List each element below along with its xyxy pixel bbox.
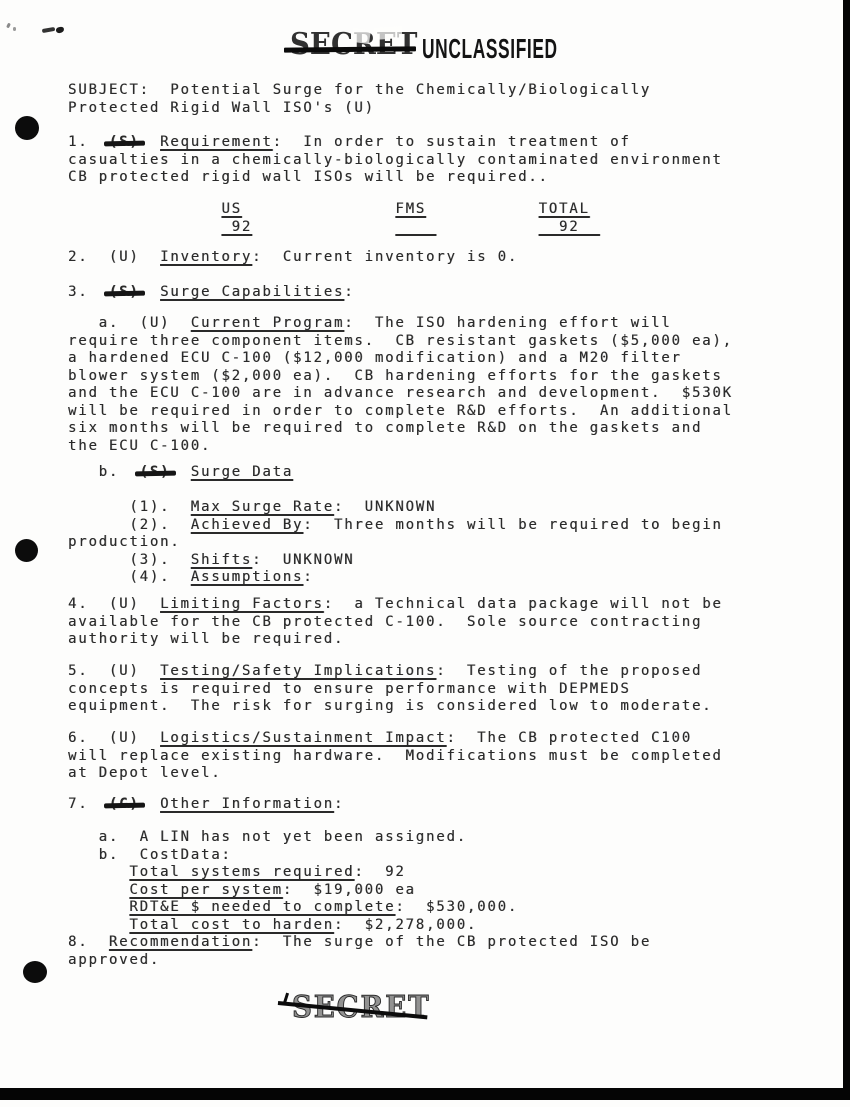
text-line: authority will be required. [68,631,723,649]
text-line: will be required in order to complete R&… [68,403,733,421]
paragraph-6-logistics-impact: 6. (U) Logistics/Sustainment Impact: The… [68,730,723,783]
text-line: US FMS TOTAL [68,201,600,219]
text-line: CB protected rigid wall ISOs will be req… [68,169,723,187]
text-run: blower system ($2,000 ea). CB hardening … [68,368,723,384]
text-run: : $19,000 ea [283,882,416,898]
ink-smudge [13,27,16,31]
text-run: at Depot level. [68,765,221,781]
paragraph-4-limiting-factors: 4. (U) Limiting Factors: a Technical dat… [68,596,723,649]
text-run: b. [68,464,140,480]
requirements-table: US FMS TOTAL 92 92 [68,201,600,236]
underlined-heading: Requirement [160,134,273,150]
underlined-heading: Testing/Safety Implications [160,663,436,679]
text-line: b. (S) Surge Data [68,464,293,482]
paragraph-5-testing-safety: 5. (U) Testing/Safety Implications: Test… [68,663,712,716]
paragraph-7-other-information: 7. (C) Other Information: [68,796,344,814]
text-run: : $530,000. [395,899,518,915]
underlined-heading: FMS [395,201,426,217]
text-run: SUBJECT: Potential Surge for the Chemica… [68,82,651,98]
surge-data-items: (1). Max Surge Rate: UNKNOWN (2). Achiev… [68,499,723,587]
text-run [242,201,395,217]
underlined-heading: Inventory [160,249,252,265]
underlined-heading: Other Information [160,796,334,812]
underlined-heading: Current Program [191,315,344,331]
text-line: will replace existing hardware. Modifica… [68,748,723,766]
text-run: and the ECU C-100 are in advance researc… [68,385,733,401]
text-run [436,219,538,235]
text-run: (2). [68,517,191,533]
text-run: : $2,278,000. [334,917,477,933]
text-line: 3. (S) Surge Capabilities: [68,284,354,302]
text-run: 7. [68,796,109,812]
text-run: : The surge of the CB protected ISO be [252,934,651,950]
text-line: (4). Assumptions: [68,569,723,587]
underlined-heading: Total systems required [129,864,354,880]
text-line: 7. (C) Other Information: [68,796,344,814]
text-line: (3). Shifts: UNKNOWN [68,552,723,570]
hole-punch [23,961,47,983]
scanned-memo-page: SECRET UNCLASSIFIED SUBJECT: Potential S… [0,0,850,1107]
text-run [68,899,129,915]
struck-classification-marking: (C) [109,796,140,814]
text-run: six months will be required to complete … [68,420,702,436]
text-line: 8. Recommendation: The surge of the CB p… [68,934,651,952]
underlined-heading: Limiting Factors [160,596,324,612]
text-run: : UNKNOWN [252,552,354,568]
underlined-heading: US [221,201,241,217]
photocopy-edge-bottom [0,1088,850,1100]
text-run [252,219,395,235]
ink-smudge [6,23,11,29]
unclassified-stamp: UNCLASSIFIED [422,33,558,65]
pen-dot-mark [56,26,65,33]
text-line: 6. (U) Logistics/Sustainment Impact: The… [68,730,723,748]
text-run [68,201,221,217]
stamp-erosion [374,26,403,40]
underlined-heading: TOTAL [539,201,590,217]
hole-punch [15,539,38,562]
underlined-heading: RDT&E $ needed to complete [129,899,395,915]
text-run: : 92 [354,864,405,880]
stamp-erosion [351,28,371,44]
text-run: : Testing of the proposed [436,663,702,679]
text-run: will replace existing hardware. Modifica… [68,748,723,764]
paragraph-1-requirement: 1. (S) Requirement: In order to sustain … [68,134,723,187]
text-run [426,201,539,217]
paragraph-3b-surge-data: b. (S) Surge Data [68,464,293,482]
underlined-heading: Shifts [191,552,252,568]
subject-line: SUBJECT: Potential Surge for the Chemica… [68,82,651,117]
text-run [68,219,221,235]
underlined-heading: 92 [221,219,252,235]
text-run: 5. (U) [68,663,160,679]
text-run: available for the CB protected C-100. So… [68,614,702,630]
text-line: 5. (U) Testing/Safety Implications: Test… [68,663,712,681]
text-run: : a Technical data package will not be [324,596,723,612]
text-run: casualties in a chemically-biologically … [68,152,723,168]
text-line: six months will be required to complete … [68,420,733,438]
secret-stamp-bottom-crossed-out: SECRET [292,990,443,1025]
text-line: production. [68,534,723,552]
text-run: : Current inventory is 0. [252,249,518,265]
text-run: will be required in order to complete R&… [68,403,733,419]
text-line: a. (U) Current Program: The ISO hardenin… [68,315,733,333]
text-line: SUBJECT: Potential Surge for the Chemica… [68,82,651,100]
text-line: 2. (U) Inventory: Current inventory is 0… [68,249,518,267]
text-line: at Depot level. [68,765,723,783]
text-run: : [344,284,354,300]
underlined-heading: Total cost to harden [129,917,334,933]
text-run: require three component items. CB resist… [68,333,733,349]
paragraph-2-inventory: 2. (U) Inventory: Current inventory is 0… [68,249,518,267]
underlined-heading: Max Surge Rate [191,499,334,515]
text-run: 6. (U) [68,730,160,746]
underlined-heading: Assumptions [191,569,304,585]
text-run: CB protected rigid wall ISOs will be req… [68,169,549,185]
text-run: : The CB protected C100 [446,730,692,746]
paragraph-3-surge-capabilities: 3. (S) Surge Capabilities: [68,284,354,302]
text-run: approved. [68,952,160,968]
underlined-heading: Logistics/Sustainment Impact [160,730,446,746]
text-line: 1. (S) Requirement: In order to sustain … [68,134,723,152]
text-run: the ECU C-100. [68,438,211,454]
paragraph-3a-current-program: a. (U) Current Program: The ISO hardenin… [68,315,733,455]
text-line: RDT&E $ needed to complete: $530,000. [68,899,651,917]
text-line: Total systems required: 92 [68,864,651,882]
paragraph-7-items-and-recommendation: a. A LIN has not yet been assigned. b. C… [68,829,651,969]
text-line: (2). Achieved By: Three months will be r… [68,517,723,535]
text-line: b. CostData: [68,847,651,865]
text-run: 8. [68,934,109,950]
text-run: production. [68,534,181,550]
underlined-heading: 92 [539,219,600,235]
underlined-heading: Surge Capabilities [160,284,344,300]
text-line: 4. (U) Limiting Factors: a Technical dat… [68,596,723,614]
text-line: casualties in a chemically-biologically … [68,152,723,170]
underlined-heading: Surge Data [191,464,293,480]
text-run: 1. [68,134,109,150]
struck-classification-marking: (S) [140,464,171,482]
pen-dash-mark [42,27,55,33]
text-line: 92 92 [68,219,600,237]
text-run: 4. (U) [68,596,160,612]
text-run [68,917,129,933]
text-line: concepts is required to ensure performan… [68,681,712,699]
text-run: : Three months will be required to begin [303,517,722,533]
text-run: : UNKNOWN [334,499,436,515]
text-run: (1). [68,499,191,515]
text-line: Cost per system: $19,000 ea [68,882,651,900]
text-run: (4). [68,569,191,585]
secret-stamp-crossed-out: SECRET [290,27,429,62]
text-run: equipment. The risk for surging is consi… [68,698,712,714]
text-line: approved. [68,952,651,970]
text-run: : In order to sustain treatment of [273,134,631,150]
text-run: 3. [68,284,109,300]
text-line: require three component items. CB resist… [68,333,733,351]
text-run: a. (U) [68,315,191,331]
text-line: blower system ($2,000 ea). CB hardening … [68,368,733,386]
text-line: (1). Max Surge Rate: UNKNOWN [68,499,723,517]
struck-classification-marking: (S) [109,134,140,152]
text-run: : The ISO hardening effort will [344,315,671,331]
text-run [68,882,129,898]
underlined-heading: Cost per system [129,882,282,898]
text-line: Protected Rigid Wall ISO's (U) [68,100,651,118]
struck-classification-marking: (S) [109,284,140,302]
underlined-heading: Recommendation [109,934,252,950]
underlined-heading: Achieved By [191,517,304,533]
text-line: equipment. The risk for surging is consi… [68,698,712,716]
text-run: concepts is required to ensure performan… [68,681,631,697]
text-line: a. A LIN has not yet been assigned. [68,829,651,847]
text-run: a hardened ECU C-100 ($12,000 modificati… [68,350,682,366]
text-line: and the ECU C-100 are in advance researc… [68,385,733,403]
hole-punch [15,116,39,140]
photocopy-edge-right [843,0,850,1094]
text-run: (3). [68,552,191,568]
text-run: : [334,796,344,812]
text-run [68,864,129,880]
text-run: authority will be required. [68,631,344,647]
text-run: b. CostData: [68,847,232,863]
text-run: Protected Rigid Wall ISO's (U) [68,100,375,116]
text-line: a hardened ECU C-100 ($12,000 modificati… [68,350,733,368]
underlined-heading [395,219,436,235]
text-run: 2. (U) [68,249,160,265]
text-run: : [303,569,313,585]
text-run: a. A LIN has not yet been assigned. [68,829,467,845]
text-line: Total cost to harden: $2,278,000. [68,917,651,935]
text-line: the ECU C-100. [68,438,733,456]
text-line: available for the CB protected C-100. So… [68,614,723,632]
